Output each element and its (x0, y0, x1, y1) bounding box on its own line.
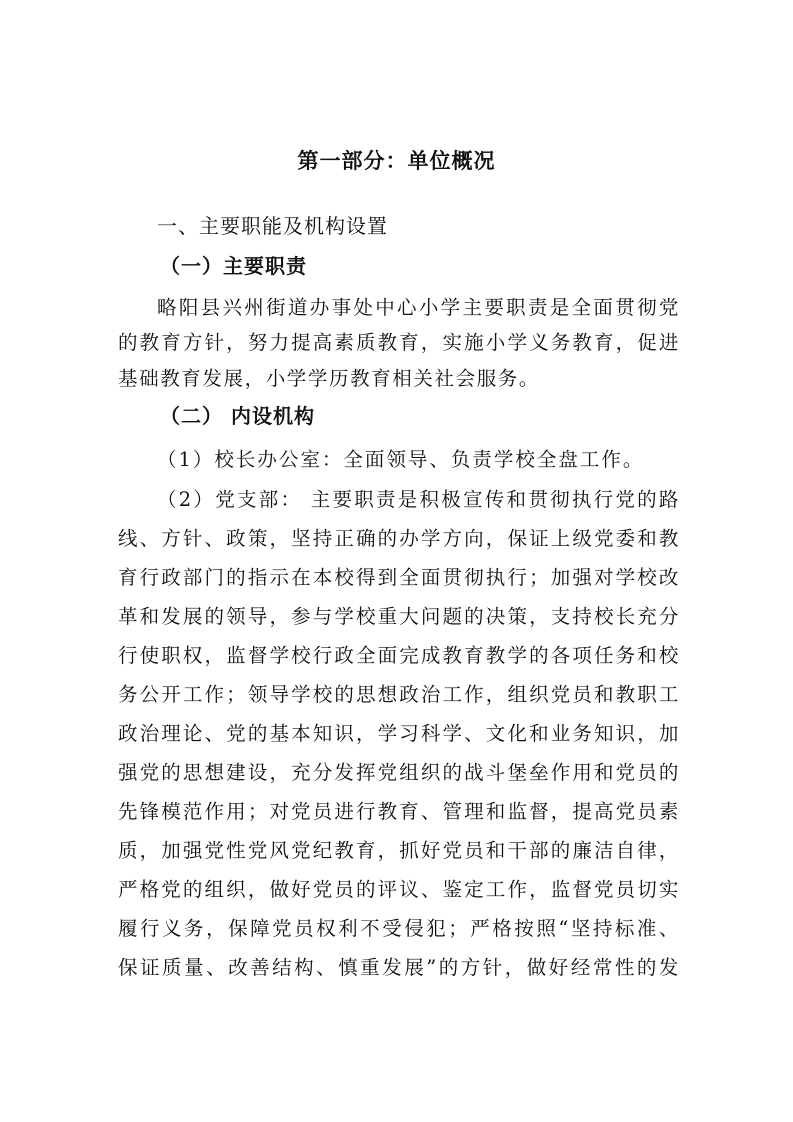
paragraph-line: 的教育方针，努力提高素质教育，实施小学义务教育，促进 (118, 327, 680, 355)
item-party-branch-line: （2）党支部： 主要职责是积极宣传和贯彻执行党的路 (157, 484, 680, 512)
paragraph-line: 略阳县兴州街道办事处中心小学主要职责是全面贯彻党 (157, 292, 680, 320)
item-party-branch-line: 履行义务，保障党员权利不受侵犯；严格按照“坚持标准、 (118, 913, 680, 941)
item-party-branch-line: 严格党的组织，做好党员的评议、鉴定工作，监督党员切实 (118, 874, 680, 902)
page-title: 第一部分：单位概况 (0, 145, 793, 175)
item-principal-office: （1）校长办公室：全面领导、负责学校全盘工作。 (157, 444, 680, 472)
document-page: 第一部分：单位概况 一、主要职能及机构设置 （一）主要职责 略阳县兴州街道办事处… (0, 0, 793, 1122)
item-party-branch-line: 行使职权，监督学校行政全面完成教育教学的各项任务和校 (118, 640, 680, 668)
item-party-branch-line: 务公开工作；领导学校的思想政治工作，组织党员和教职工 (118, 679, 680, 707)
item-party-branch-line: 政治理论、党的基本知识，学习科学、文化和业务知识，加 (118, 718, 680, 746)
item-party-branch-line: 保证质量、改善结构、慎重发展”的方针，做好经常性的发 (118, 952, 680, 980)
item-party-branch-line: 革和发展的领导，参与学校重大问题的决策，支持校长充分 (118, 601, 680, 629)
subsection-heading-responsibilities: （一）主要职责 (160, 250, 307, 279)
item-party-branch-line: 育行政部门的指示在本校得到全面贯彻执行；加强对学校改 (118, 562, 680, 590)
item-party-branch-line: 质，加强党性党风党纪教育，抓好党员和干部的廉洁自律， (118, 835, 680, 863)
item-party-branch-line: 先锋模范作用；对党员进行教育、管理和监督，提高党员素 (118, 796, 680, 824)
subsection-heading-internal-structure: （二） 内设机构 (160, 400, 315, 429)
item-party-branch-line: 线、方针、政策，坚持正确的办学方向，保证上级党委和教 (118, 523, 680, 551)
paragraph-line: 基础教育发展，小学学历教育相关社会服务。 (118, 363, 680, 391)
item-party-branch-line: 强党的思想建设，充分发挥党组织的战斗堡垒作用和党员的 (118, 757, 680, 785)
section-heading-main-functions: 一、主要职能及机构设置 (157, 210, 388, 239)
